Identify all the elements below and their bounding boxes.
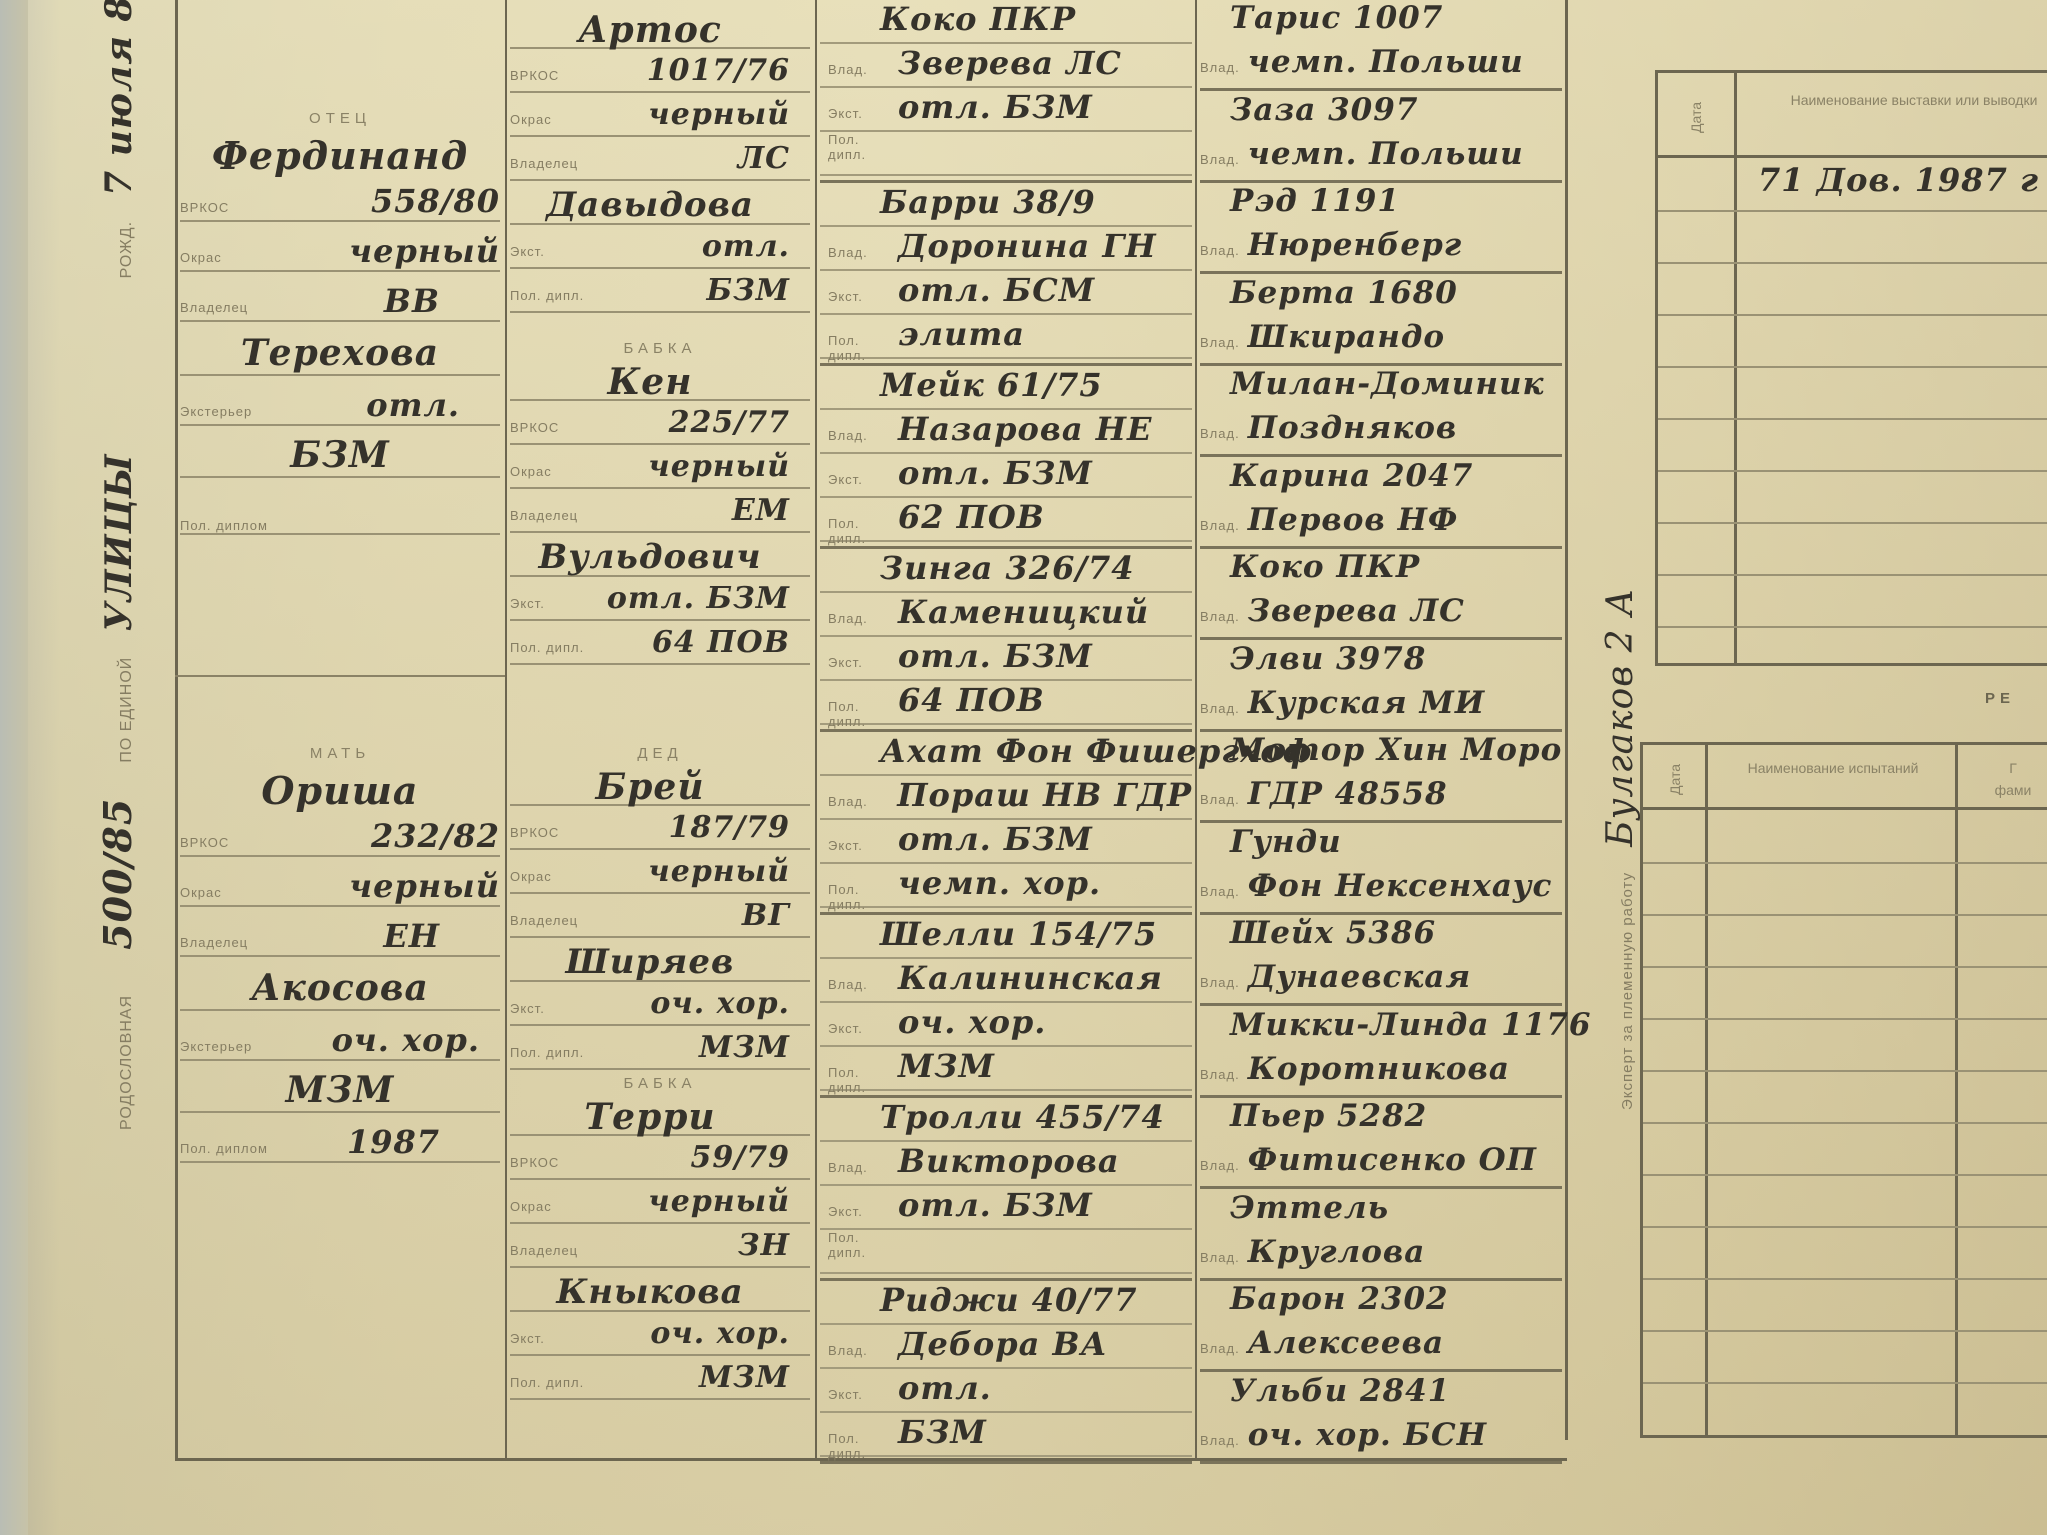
field-value: ЗН: [738, 1228, 790, 1263]
field-label: Влад.: [1200, 792, 1240, 807]
pedigree-field: Влад.Курская МИ: [1200, 685, 1562, 721]
field-label: Пол. дипл.: [510, 640, 584, 655]
vrkos-label: ВРКОС: [180, 835, 229, 850]
field-label: Пол. дипл.: [828, 1065, 888, 1095]
trials-third-header: Гфами: [1963, 757, 2047, 801]
ancestor-name: Ульби 2841: [1200, 1373, 1562, 1417]
pedigree-field: Экст.отл. БЗМ: [820, 88, 1192, 132]
pedigree-field: Брей: [510, 766, 810, 806]
field-value: Артос: [578, 9, 722, 51]
field-value: отл. БЗМ: [898, 1186, 1093, 1224]
field-label: Влад.: [828, 977, 888, 992]
table-rule: [1658, 470, 2047, 472]
exhibition-name-header: Наименование выставки или выводки: [1744, 85, 2047, 115]
great-grandparent-block: Коко ПКРВлад.Зверева ЛСЭкст.отл. БЗМПол.…: [820, 0, 1192, 183]
field-value: отл.: [702, 229, 790, 264]
field-value: отл. БСМ: [898, 271, 1095, 309]
field-label: ВРКОС: [510, 68, 559, 83]
table-rule: [1658, 210, 2047, 212]
field-label: Влад.: [828, 1160, 888, 1175]
pedigree-field: Влад.Круглова: [1200, 1234, 1562, 1270]
grandparent-heading: БАБКА: [510, 340, 810, 357]
pedigree-field: Вульдович: [510, 537, 810, 577]
expert-note: Эксперт за племенную работу Булгаков 2 А: [1600, 588, 1641, 1110]
expert-signature: Булгаков 2 А: [1600, 588, 1641, 847]
pedigree-field: Влад.Каменицкий: [820, 593, 1192, 637]
father-heading: ОТЕЦ: [180, 110, 500, 127]
ancestor-owner: Дунаевская: [1248, 959, 1472, 995]
field-value: ВГ: [742, 898, 790, 933]
exhibitions-table: Дата Наименование выставки или выводки 7…: [1655, 70, 2047, 666]
trials-table: Дата Наименование испытаний Гфами: [1640, 742, 2047, 1438]
great-grandparent-block: Шелли 154/75Влад.КалининскаяЭкст.оч. хор…: [820, 915, 1192, 1098]
pedigree-field: ВладелецВГ: [510, 898, 810, 938]
pedigree-field: ВРКОС225/77: [510, 405, 810, 445]
ancestor-owner: Зверева ЛС: [1248, 593, 1465, 629]
table-rule: [1643, 1278, 2047, 1280]
field-label: Пол. дипл.: [828, 1230, 888, 1260]
color-label: Окрас: [180, 885, 222, 900]
mother-diploma: 1987: [347, 1123, 440, 1161]
field-value: ЛС: [738, 141, 790, 176]
ancestor-name: Мотор Хин Моро: [1200, 732, 1562, 776]
vrkos-label: ВРКОС: [180, 200, 229, 215]
pedigree-field: Экст.отл. БСМ: [820, 271, 1192, 315]
grandparent-heading: БАБКА: [510, 1075, 810, 1092]
field-value: 1017/76: [647, 53, 790, 88]
table-rule: [1658, 626, 2047, 628]
field-value: Дебора ВА: [898, 1325, 1108, 1363]
field-label: Владелец: [510, 508, 578, 523]
grandparent-block: БАБКАКенВРКОС225/77ОкрасчерныйВладелецЕМ…: [510, 340, 810, 665]
field-value: оч. хор.: [650, 1316, 790, 1351]
ancestor-name: Гунди: [1200, 824, 1562, 868]
ancestor-entry: Микки-Линда 1176Влад.Коротникова: [1200, 1007, 1562, 1098]
pedigree-field: Пол. дипл.чемп. хор.: [820, 864, 1192, 908]
pedigree-field: Окрасчерный: [510, 449, 810, 489]
mother-owner-initials: ЕН: [383, 917, 440, 955]
pedigree-field: Пол. дипл.МЗМ: [820, 1047, 1192, 1091]
ancestor-entry: Коко ПКРВлад.Зверева ЛС: [1200, 549, 1562, 640]
field-value: черный: [648, 854, 790, 889]
table-rule: [1643, 1330, 2047, 1332]
field-value: элита: [898, 315, 1025, 353]
field-value: БЗМ: [898, 1413, 987, 1451]
field-label: Влад.: [1200, 975, 1240, 990]
pedigree-field: Влад.Фон Нексенхаус: [1200, 868, 1562, 904]
table-rule: [1643, 1226, 2047, 1228]
ancestor-owner: чемп. Польши: [1248, 136, 1524, 172]
field-label: Экст.: [510, 596, 545, 611]
field-value: Назарова НЕ: [898, 410, 1152, 448]
field-value: отл. БЗМ: [898, 454, 1093, 492]
pedigree-field: Пол. дипл.64 ПОВ: [820, 681, 1192, 725]
expert-label: Эксперт за племенную работу: [1619, 872, 1636, 1110]
field-label: Влад.: [1200, 609, 1240, 624]
field-label: Владелец: [510, 1243, 578, 1258]
table-rule: [1658, 418, 2047, 420]
table-rule: [1643, 1018, 2047, 1020]
pedigree-field: Влад.ГДР 48558: [1200, 776, 1562, 812]
field-label: Влад.: [828, 794, 887, 809]
field-label: Экст.: [828, 1021, 888, 1036]
field-value: отл. БЗМ: [607, 581, 790, 616]
field-value: отл. БЗМ: [898, 820, 1093, 858]
grid-line: [1195, 0, 1197, 1460]
pedigree-field: Терри: [510, 1096, 810, 1136]
ancestor-name: Карина 2047: [1200, 458, 1562, 502]
pedigree-field: Коко ПКР: [820, 0, 1192, 44]
pedigree-field: Влад.Калининская: [820, 959, 1192, 1003]
ancestor-name: Милан-Доминик: [1200, 366, 1562, 410]
pedigree-field: ВладелецЛС: [510, 141, 810, 181]
field-label: ВРКОС: [510, 825, 559, 840]
field-label: Влад.: [828, 611, 888, 626]
field-label: Экст.: [828, 289, 888, 304]
ancestor-owner: оч. хор. БСН: [1248, 1417, 1487, 1453]
field-label: Влад.: [1200, 152, 1240, 167]
field-label: Пол. дипл.: [828, 882, 888, 912]
field-label: Экст.: [828, 472, 888, 487]
ancestor-owner: ГДР 48558: [1248, 776, 1448, 812]
field-label: Пол. дипл.: [510, 288, 584, 303]
pedigree-field: Пол. дипл.: [820, 132, 1192, 176]
field-value: Кен: [608, 361, 693, 403]
field-label: Владелец: [510, 913, 578, 928]
pedigree-field: Риджи 40/77: [820, 1281, 1192, 1325]
field-value: Калининская: [898, 959, 1163, 997]
table-rule: [1643, 1382, 2047, 1384]
mother-exterior-2: МЗМ: [180, 1069, 500, 1113]
field-label: Владелец: [510, 156, 578, 171]
ancestor-owner: Шкирандо: [1248, 319, 1445, 355]
field-label: Влад.: [1200, 701, 1240, 716]
owner-label: Владелец: [180, 935, 248, 950]
field-value: отл. БЗМ: [898, 88, 1093, 126]
field-value: БЗМ: [707, 273, 790, 308]
grandparent-block: АртосВРКОС1017/76ОкрасчерныйВладелецЛСДа…: [510, 5, 810, 313]
table-rule: [1643, 862, 2047, 864]
table-rule: [1658, 366, 2047, 368]
pedigree-field: Влад.чемп. Польши: [1200, 136, 1562, 172]
field-value: Зинга 326/74: [880, 549, 1135, 587]
ancestor-name: Пьер 5282: [1200, 1098, 1562, 1142]
diploma-label: Пол. диплом: [180, 1141, 268, 1156]
pedigree-field: Давыдова: [510, 185, 810, 225]
pedigree-field: Экст.оч. хор.: [510, 986, 810, 1026]
ancestor-name: Рэд 1191: [1200, 183, 1562, 227]
field-label: ВРКОС: [510, 420, 559, 435]
field-value: Викторова: [898, 1142, 1120, 1180]
ancestor-owner: чемп. Польши: [1248, 44, 1524, 80]
pedigree-field: Влад.Алексеева: [1200, 1325, 1562, 1361]
pedigree-field: Экст.отл. БЗМ: [820, 454, 1192, 498]
father-block: ОТЕЦ Фердинанд ВРКОС558/80 Окрасчерный В…: [180, 110, 500, 535]
ancestor-name: Заза 3097: [1200, 92, 1562, 136]
grid-line: [175, 675, 505, 677]
pedigree-field: Зинга 326/74: [820, 549, 1192, 593]
field-label: Влад.: [828, 1343, 888, 1358]
field-label: ВРКОС: [510, 1155, 559, 1170]
field-label: Влад.: [1200, 1158, 1240, 1173]
ancestor-name: Барон 2302: [1200, 1281, 1562, 1325]
field-label: Экст.: [828, 1204, 888, 1219]
field-value: чемп. хор.: [898, 864, 1101, 902]
pedigree-field: Экст.отл. БЗМ: [510, 581, 810, 621]
ancestor-name: Коко ПКР: [1200, 549, 1562, 593]
field-value: Шелли 154/75: [880, 915, 1157, 953]
mother-color: черный: [349, 867, 500, 905]
field-value: оч. хор.: [898, 1003, 1046, 1041]
ancestor-name: Шейх 5386: [1200, 915, 1562, 959]
field-value: Брей: [595, 766, 704, 808]
field-label: Влад.: [1200, 1067, 1240, 1082]
grandparent-block: БАБКАТерриВРКОС59/79ОкрасчерныйВладелецЗ…: [510, 1075, 810, 1400]
grandparent-block: ДЕДБрейВРКОС187/79ОкрасчерныйВладелецВГШ…: [510, 745, 810, 1070]
mother-name: Ориша: [180, 768, 500, 813]
pedigree-field: Влад.Зверева ЛС: [820, 44, 1192, 88]
owner-label: Владелец: [180, 300, 248, 315]
field-value: Коко ПКР: [880, 0, 1076, 38]
pedigree-field: Пол. дипл.МЗМ: [510, 1030, 810, 1070]
field-label: Экст.: [510, 1331, 545, 1346]
pedigree-field: Экст.отл.: [820, 1369, 1192, 1413]
field-value: 64 ПОВ: [652, 625, 790, 660]
table-rule: [1643, 1070, 2047, 1072]
trials-date-header: Дата: [1667, 764, 1683, 795]
father-owner-initials: ВВ: [384, 282, 440, 320]
father-exterior-2: БЗМ: [180, 434, 500, 478]
exterior-label: Экстерьер: [180, 1039, 252, 1054]
field-label: Пол. дипл.: [828, 333, 888, 363]
pedigree-field: ВРКОС59/79: [510, 1140, 810, 1180]
field-label: Влад.: [1200, 243, 1240, 258]
pedigree-field: Влад.Доронина ГН: [820, 227, 1192, 271]
ancestor-owner: Фитисенко ОП: [1248, 1142, 1537, 1178]
grid-line: [175, 0, 178, 1460]
pedigree-field: Пол. дипл.элита: [820, 315, 1192, 359]
field-value: Мейк 61/75: [880, 366, 1103, 404]
field-value: Доронина ГН: [898, 227, 1157, 265]
ancestor-owner: Первов НФ: [1248, 502, 1459, 538]
pedigree-field: Пол. дипл.62 ПОВ: [820, 498, 1192, 542]
pedigree-field: ВладелецЗН: [510, 1228, 810, 1268]
great-grandparent-block: Барри 38/9Влад.Доронина ГНЭкст.отл. БСМП…: [820, 183, 1192, 366]
exhibition-entry: 71 Дов. 1987 г: [1758, 161, 2039, 199]
pedigree-field: Влад.Зверева ЛС: [1200, 593, 1562, 629]
pedigree-field: Окрасчерный: [510, 854, 810, 894]
ancestor-entry: Карина 2047Влад.Первов НФ: [1200, 458, 1562, 549]
pedigree-field: Мейк 61/75: [820, 366, 1192, 410]
pedigree-field: ВладелецЕМ: [510, 493, 810, 533]
great-grandparent-block: Зинга 326/74Влад.КаменицкийЭкст.отл. БЗМ…: [820, 549, 1192, 732]
field-value: Терри: [584, 1096, 715, 1138]
field-value: ЕМ: [732, 493, 790, 528]
table-rule: [1658, 522, 2047, 524]
field-label: Влад.: [1200, 60, 1240, 75]
field-label: Экст.: [510, 1001, 545, 1016]
ancestor-entry: Пьер 5282Влад.Фитисенко ОП: [1200, 1098, 1562, 1189]
table-rule: [1643, 966, 2047, 968]
pedigree-field: Экст.отл. БЗМ: [820, 820, 1192, 864]
field-value: Кныкова: [556, 1272, 743, 1312]
pedigree-field: ВРКОС1017/76: [510, 53, 810, 93]
grid-line: [815, 0, 817, 1460]
pedigree-field: Ширяев: [510, 942, 810, 982]
ancestor-entry: ГундиВлад.Фон Нексенхаус: [1200, 824, 1562, 915]
father-owner: Терехова: [180, 332, 500, 376]
mother-vrkos: 232/82: [371, 817, 500, 855]
pedigree-number: 500/85: [95, 798, 140, 950]
field-label: Экст.: [828, 655, 888, 670]
field-label: Окрас: [510, 112, 552, 127]
field-value: МЗМ: [898, 1047, 995, 1085]
pedigree-field: Экст.отл. БЗМ: [820, 1186, 1192, 1230]
table-rule: [1658, 262, 2047, 264]
field-label: Пол. дипл.: [828, 1431, 888, 1461]
father-color: черный: [349, 232, 500, 270]
by-breeding-label: ПО ЕДИНОЙ: [118, 657, 135, 763]
field-value: Пораш НВ ГДР: [897, 776, 1192, 814]
father-exterior: отл.: [366, 386, 460, 424]
color-label: Окрас: [180, 250, 222, 265]
field-label: Влад.: [828, 62, 888, 77]
pedigree-field: Влад.Поздняков: [1200, 410, 1562, 446]
table-rule: [1643, 1174, 2047, 1176]
field-label: Влад.: [1200, 884, 1240, 899]
field-label: Влад.: [1200, 1341, 1240, 1356]
street-value: УЛИЦЫ: [98, 453, 140, 631]
ancestor-owner: Поздняков: [1248, 410, 1458, 446]
pedigree-field: Экст.отл. БЗМ: [820, 637, 1192, 681]
ancestor-entry: Шейх 5386Влад.Дунаевская: [1200, 915, 1562, 1006]
pedigree-field: Влад.Коротникова: [1200, 1051, 1562, 1087]
pedigree-field: Пол. дипл.МЗМ: [510, 1360, 810, 1400]
great-grandparent-block: Ахат Фон ФишергхофВлад.Пораш НВ ГДРЭкст.…: [820, 732, 1192, 915]
field-label: Окрас: [510, 1199, 552, 1214]
field-label: Влад.: [1200, 335, 1240, 350]
ancestor-owner: Алексеева: [1248, 1325, 1444, 1361]
mother-heading: МАТЬ: [180, 745, 500, 762]
side-header: РОДОСЛОВНАЯ 500/85 ПО ЕДИНОЙ УЛИЦЫ РОЖД.…: [95, 0, 140, 1130]
field-value: МЗМ: [699, 1030, 790, 1065]
field-label: Влад.: [1200, 1433, 1240, 1448]
pedigree-field: Экст.отл.: [510, 229, 810, 269]
field-value: 59/79: [691, 1140, 790, 1175]
pedigree-field: Пол. дипл.БЗМ: [510, 273, 810, 313]
pedigree-field: Влад.Дунаевская: [1200, 959, 1562, 995]
pedigree-field: Барри 38/9: [820, 183, 1192, 227]
great-grandparent-block: Тролли 455/74Влад.ВиктороваЭкст.отл. БЗМ…: [820, 1098, 1192, 1281]
pedigree-field: Экст.оч. хор.: [820, 1003, 1192, 1047]
field-label: Влад.: [828, 428, 888, 443]
field-value: Зверева ЛС: [898, 44, 1122, 82]
field-value: 225/77: [669, 405, 790, 440]
field-value: черный: [648, 97, 790, 132]
pedigree-field: Влад.оч. хор. БСН: [1200, 1417, 1562, 1453]
pedigree-field: Пол. дипл.64 ПОВ: [510, 625, 810, 665]
ancestor-name: Эттель: [1200, 1190, 1562, 1234]
pedigree-field: Кен: [510, 361, 810, 401]
field-label: Влад.: [828, 245, 888, 260]
exterior-label: Экстерьер: [180, 404, 252, 419]
great-grandparent-block: Риджи 40/77Влад.Дебора ВАЭкст.отл.Пол. д…: [820, 1281, 1192, 1464]
table-rule: [1643, 914, 2047, 916]
exhibition-date-header: Дата: [1688, 102, 1704, 133]
field-value: 187/79: [669, 810, 790, 845]
table-rule: [1658, 314, 2047, 316]
field-value: МЗМ: [699, 1360, 790, 1395]
pedigree-field: Окрасчерный: [510, 97, 810, 137]
birth-date: 7 июля 85: [98, 0, 140, 196]
ancestor-owner: Круглова: [1248, 1234, 1426, 1270]
field-value: Ширяев: [566, 942, 735, 982]
field-value: 62 ПОВ: [898, 498, 1045, 536]
ancestor-entry: Ульби 2841Влад.оч. хор. БСН: [1200, 1373, 1562, 1464]
field-value: 64 ПОВ: [898, 681, 1045, 719]
grandparent-heading: ДЕД: [510, 745, 810, 762]
ancestor-entry: Элви 3978Влад.Курская МИ: [1200, 641, 1562, 732]
ancestor-name: Берта 1680: [1200, 275, 1562, 319]
pedigree-field: Шелли 154/75: [820, 915, 1192, 959]
pedigree-field: Влад.Фитисенко ОП: [1200, 1142, 1562, 1178]
mother-owner: Акосова: [180, 967, 500, 1011]
pedigree-label: РОДОСЛОВНАЯ: [118, 995, 135, 1130]
ancestor-name: Элви 3978: [1200, 641, 1562, 685]
ancestor-owner: Фон Нексенхаус: [1248, 868, 1553, 904]
field-value: оч. хор.: [650, 986, 790, 1021]
field-label: Пол. дипл.: [828, 132, 888, 162]
field-value: отл. БЗМ: [898, 637, 1093, 675]
pedigree-field: Экст.оч. хор.: [510, 1316, 810, 1356]
father-vrkos: 558/80: [371, 182, 500, 220]
grid-line: [1565, 0, 1568, 1440]
pedigree-field: Пол. дипл.БЗМ: [820, 1413, 1192, 1457]
ancestor-owner: Курская МИ: [1248, 685, 1485, 721]
field-label: Пол. дипл.: [828, 516, 888, 546]
ancestor-entry: ЭттельВлад.Круглова: [1200, 1190, 1562, 1281]
pedigree-field: Влад.Викторова: [820, 1142, 1192, 1186]
field-label: Влад.: [1200, 426, 1240, 441]
field-label: Окрас: [510, 464, 552, 479]
trials-name-header: Наименование испытаний: [1713, 757, 1953, 779]
father-name: Фердинанд: [180, 133, 500, 178]
field-label: Пол. дипл.: [510, 1045, 584, 1060]
ancestor-entry: Милан-ДоминикВлад.Поздняков: [1200, 366, 1562, 457]
field-label: Экст.: [828, 106, 888, 121]
field-label: Пол. дипл.: [510, 1375, 584, 1390]
pedigree-field: Влад.чемп. Польши: [1200, 44, 1562, 80]
pedigree-field: Окрасчерный: [510, 1184, 810, 1224]
ancestor-entry: Рэд 1191Влад.Нюренберг: [1200, 183, 1562, 274]
pedigree-field: ВРКОС187/79: [510, 810, 810, 850]
pedigree-field: Кныкова: [510, 1272, 810, 1312]
pedigree-field: Влад.Шкирандо: [1200, 319, 1562, 355]
grid-line: [505, 0, 507, 1460]
field-value: отл.: [898, 1369, 992, 1407]
field-value: Тролли 455/74: [880, 1098, 1165, 1136]
field-label: Экст.: [828, 1387, 888, 1402]
pedigree-field: Артос: [510, 9, 810, 49]
field-value: Риджи 40/77: [880, 1281, 1138, 1319]
pedigree-field: Влад.Дебора ВА: [820, 1325, 1192, 1369]
field-value: черный: [648, 449, 790, 484]
pedigree-field: Влад.Первов НФ: [1200, 502, 1562, 538]
ancestor-owner: Нюренберг: [1248, 227, 1463, 263]
table-rule: [1643, 1122, 2047, 1124]
field-value: Барри 38/9: [880, 183, 1096, 221]
field-value: Давыдова: [546, 185, 754, 225]
